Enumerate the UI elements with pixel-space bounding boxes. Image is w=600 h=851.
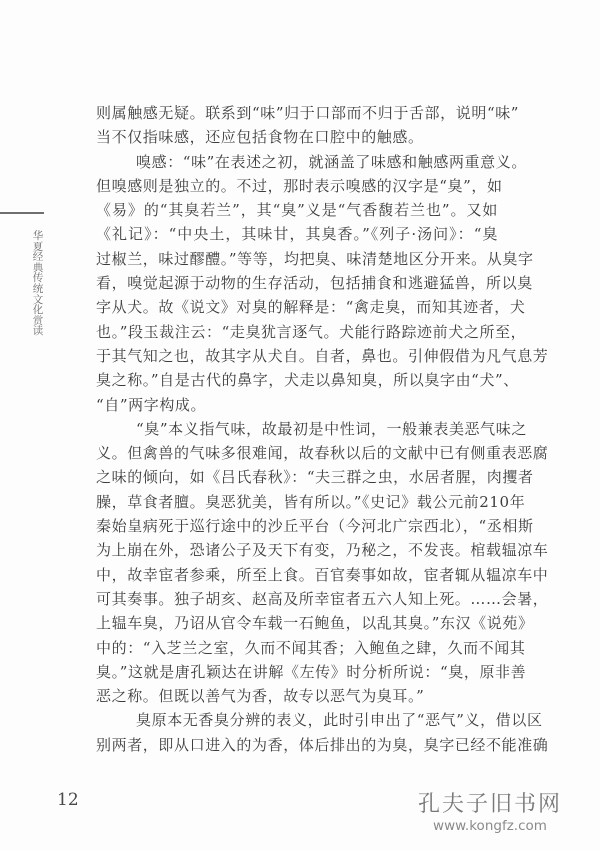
text-line: 秦始皇病死于巡行途中的沙丘平台（今河北广宗西北），“丞相斯 bbox=[96, 514, 498, 538]
side-rule-divider bbox=[0, 212, 44, 214]
text-line: 看，嗅觉起源于动物的生存活动，包括捕食和逃避猛兽，所以臭 bbox=[96, 271, 498, 295]
text-line: 于其气知之也，故其字从犬自。自者，鼻也。引伸假借为凡气息芳 bbox=[96, 344, 498, 368]
watermark: 孔夫子旧书网 www.kongfz.com bbox=[418, 792, 562, 834]
text-line: 臊，草食者膻。臭恶犹美，皆有所以。”《史记》载公元前210年 bbox=[96, 490, 498, 514]
text-line: “自”两字构成。 bbox=[96, 393, 498, 417]
text-line: 之味的倾向，如《吕氏春秋》：“夫三群之虫，水居者腥，肉攫者 bbox=[96, 465, 498, 489]
text-line: 中的：“入芝兰之室，久而不闻其香；入鲍鱼之肆，久而不闻其 bbox=[96, 636, 498, 660]
page-number: 12 bbox=[57, 790, 79, 810]
text-line: 上辒车臭，乃诏从官令车载一石鲍鱼，以乱其臭。”东汉《说苑》 bbox=[96, 611, 498, 635]
text-line: 臭。”这就是唐孔颖达在讲解《左传》时分析所说：“臭，原非善 bbox=[96, 660, 498, 684]
text-line: 也。”段玉裁注云：“走臭犹言逐气。犬能行路踪迹前犬之所至， bbox=[96, 320, 498, 344]
series-title-vertical: 华夏经典传统文化赏读 bbox=[31, 231, 45, 337]
paragraph-first-line: 嗅感：“味”在表述之初，就涵盖了味感和触感两重意义。 bbox=[96, 150, 498, 174]
text-line: 当不仅指味感，还应包括食物在口腔中的触感。 bbox=[96, 125, 498, 149]
paragraph-first-line: 臭原本无香臭分辨的表义，此时引申出了“恶气”义，借以区 bbox=[96, 708, 498, 732]
body-text: 则属触感无疑。联系到“味”归于口部而不归于舌部，说明“味”当不仅指味感，还应包括… bbox=[96, 101, 498, 757]
watermark-url: www.kongfz.com bbox=[418, 818, 562, 834]
book-page: 华夏经典传统文化赏读 则属触感无疑。联系到“味”归于口部而不归于舌部，说明“味”… bbox=[0, 0, 600, 851]
text-line: 恶之称。但既以善气为香，故专以恶气为臭耳。” bbox=[96, 684, 498, 708]
text-line: 《易》的“其臭若兰”，其“臭”义是“气香馥若兰也”。又如 bbox=[96, 198, 498, 222]
text-line: 过椒兰，味过醪醴。”等等，均把臭、味清楚地区分开来。从臭字 bbox=[96, 247, 498, 271]
text-line: 但嗅感则是独立的。不过，那时表示嗅感的汉字是“臭”，如 bbox=[96, 174, 498, 198]
text-line: 别两者，即从口进入的为香，体后排出的为臭，臭字已经不能准确 bbox=[96, 733, 498, 757]
text-line: 字从犬。故《说文》对臭的解释是：“禽走臭，而知其迹者，犬 bbox=[96, 295, 498, 319]
text-line: 《礼记》：“中央土，其味甘，其臭香。”《列子·汤问》：“臭 bbox=[96, 222, 498, 246]
text-line: 义。但禽兽的气味多很难闻，故春秋以后的文献中已有侧重表恶腐 bbox=[96, 441, 498, 465]
text-line: 中，故幸宦者参乘，所至上食。百官奏事如故，宦者辄从辒凉车中 bbox=[96, 563, 498, 587]
text-line: 可其奏事。独子胡亥、赵高及所幸宦者五六人知上死。……会暑， bbox=[96, 587, 498, 611]
text-line: 则属触感无疑。联系到“味”归于口部而不归于舌部，说明“味” bbox=[96, 101, 498, 125]
paragraph-first-line: “臭”本义指气味，故最初是中性词，一般兼表美恶气味之 bbox=[96, 417, 498, 441]
text-line: 为上崩在外，恐诸公子及天下有变，乃秘之，不发丧。棺载辒凉车 bbox=[96, 538, 498, 562]
text-line: 臭之称。”自是古代的鼻字，犬走以鼻知臭，所以臭字由“犬”、 bbox=[96, 368, 498, 392]
watermark-name: 孔夫子旧书网 bbox=[418, 792, 562, 818]
